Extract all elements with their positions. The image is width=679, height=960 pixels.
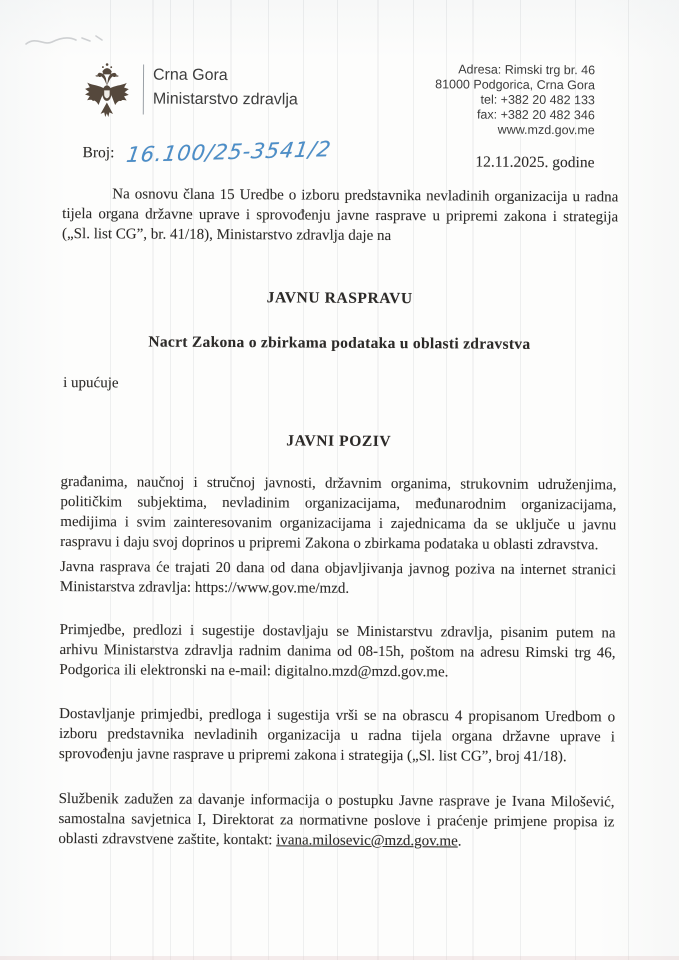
scanned-document-page: { "header": { "country": "Crna Gora", "m… [0, 0, 679, 960]
coat-of-arms-icon [81, 60, 133, 134]
paper-background: Crna Gora Ministarstvo zdravlja Adresa: … [0, 0, 679, 960]
address-line: tel: +382 20 482 133 [435, 92, 595, 108]
paragraph-audience: građanima, naučnoj i stručnoj javnosti, … [60, 472, 616, 555]
document-date: 12.11.2025. godine [475, 154, 594, 173]
contact-text-period: . [458, 833, 462, 849]
address-line: Adresa: Rimski trg br. 46 [435, 62, 595, 78]
address-line: fax: +382 20 482 346 [435, 107, 595, 123]
header-divider [143, 65, 144, 115]
intro-paragraph: Na osnovu člana 15 Uredbe o izboru preds… [62, 184, 618, 247]
heading-javni-poziv: JAVNI POZIV [61, 431, 617, 452]
heading-nacrt-zakona: Nacrt Zakona o zbirkama podataka u oblas… [61, 333, 617, 354]
header-address-block: Adresa: Rimski trg br. 46 81000 Podgoric… [435, 62, 595, 138]
paragraph-form: Dostavljanje primjedbi, predloga i suges… [59, 704, 615, 767]
header-ministry-name: Ministarstvo zdravlja [153, 87, 298, 114]
address-line: 81000 Podgorica, Crna Gora [435, 77, 595, 93]
heading-javna-rasprava: JAVNU RASPRAVU [62, 288, 618, 309]
connector-text: i upućuje [63, 375, 119, 392]
paragraph-duration: Javna rasprava će trajati 20 dana od dan… [60, 557, 616, 600]
paragraph-contact: Službenik zadužen za davanje informacija… [58, 789, 614, 852]
document-number-label: Broj: [82, 144, 114, 162]
address-line-website: www.mzd.gov.me [435, 122, 595, 138]
contact-email-link[interactable]: ivana.milosevic@mzd.gov.me [276, 832, 458, 849]
paragraph-submission: Primjedbe, predlozi i sugestije dostavlj… [59, 620, 615, 683]
header-country: Crna Gora [153, 65, 298, 88]
document-number-handwritten: 16.100/25-3541/2 [125, 137, 333, 167]
